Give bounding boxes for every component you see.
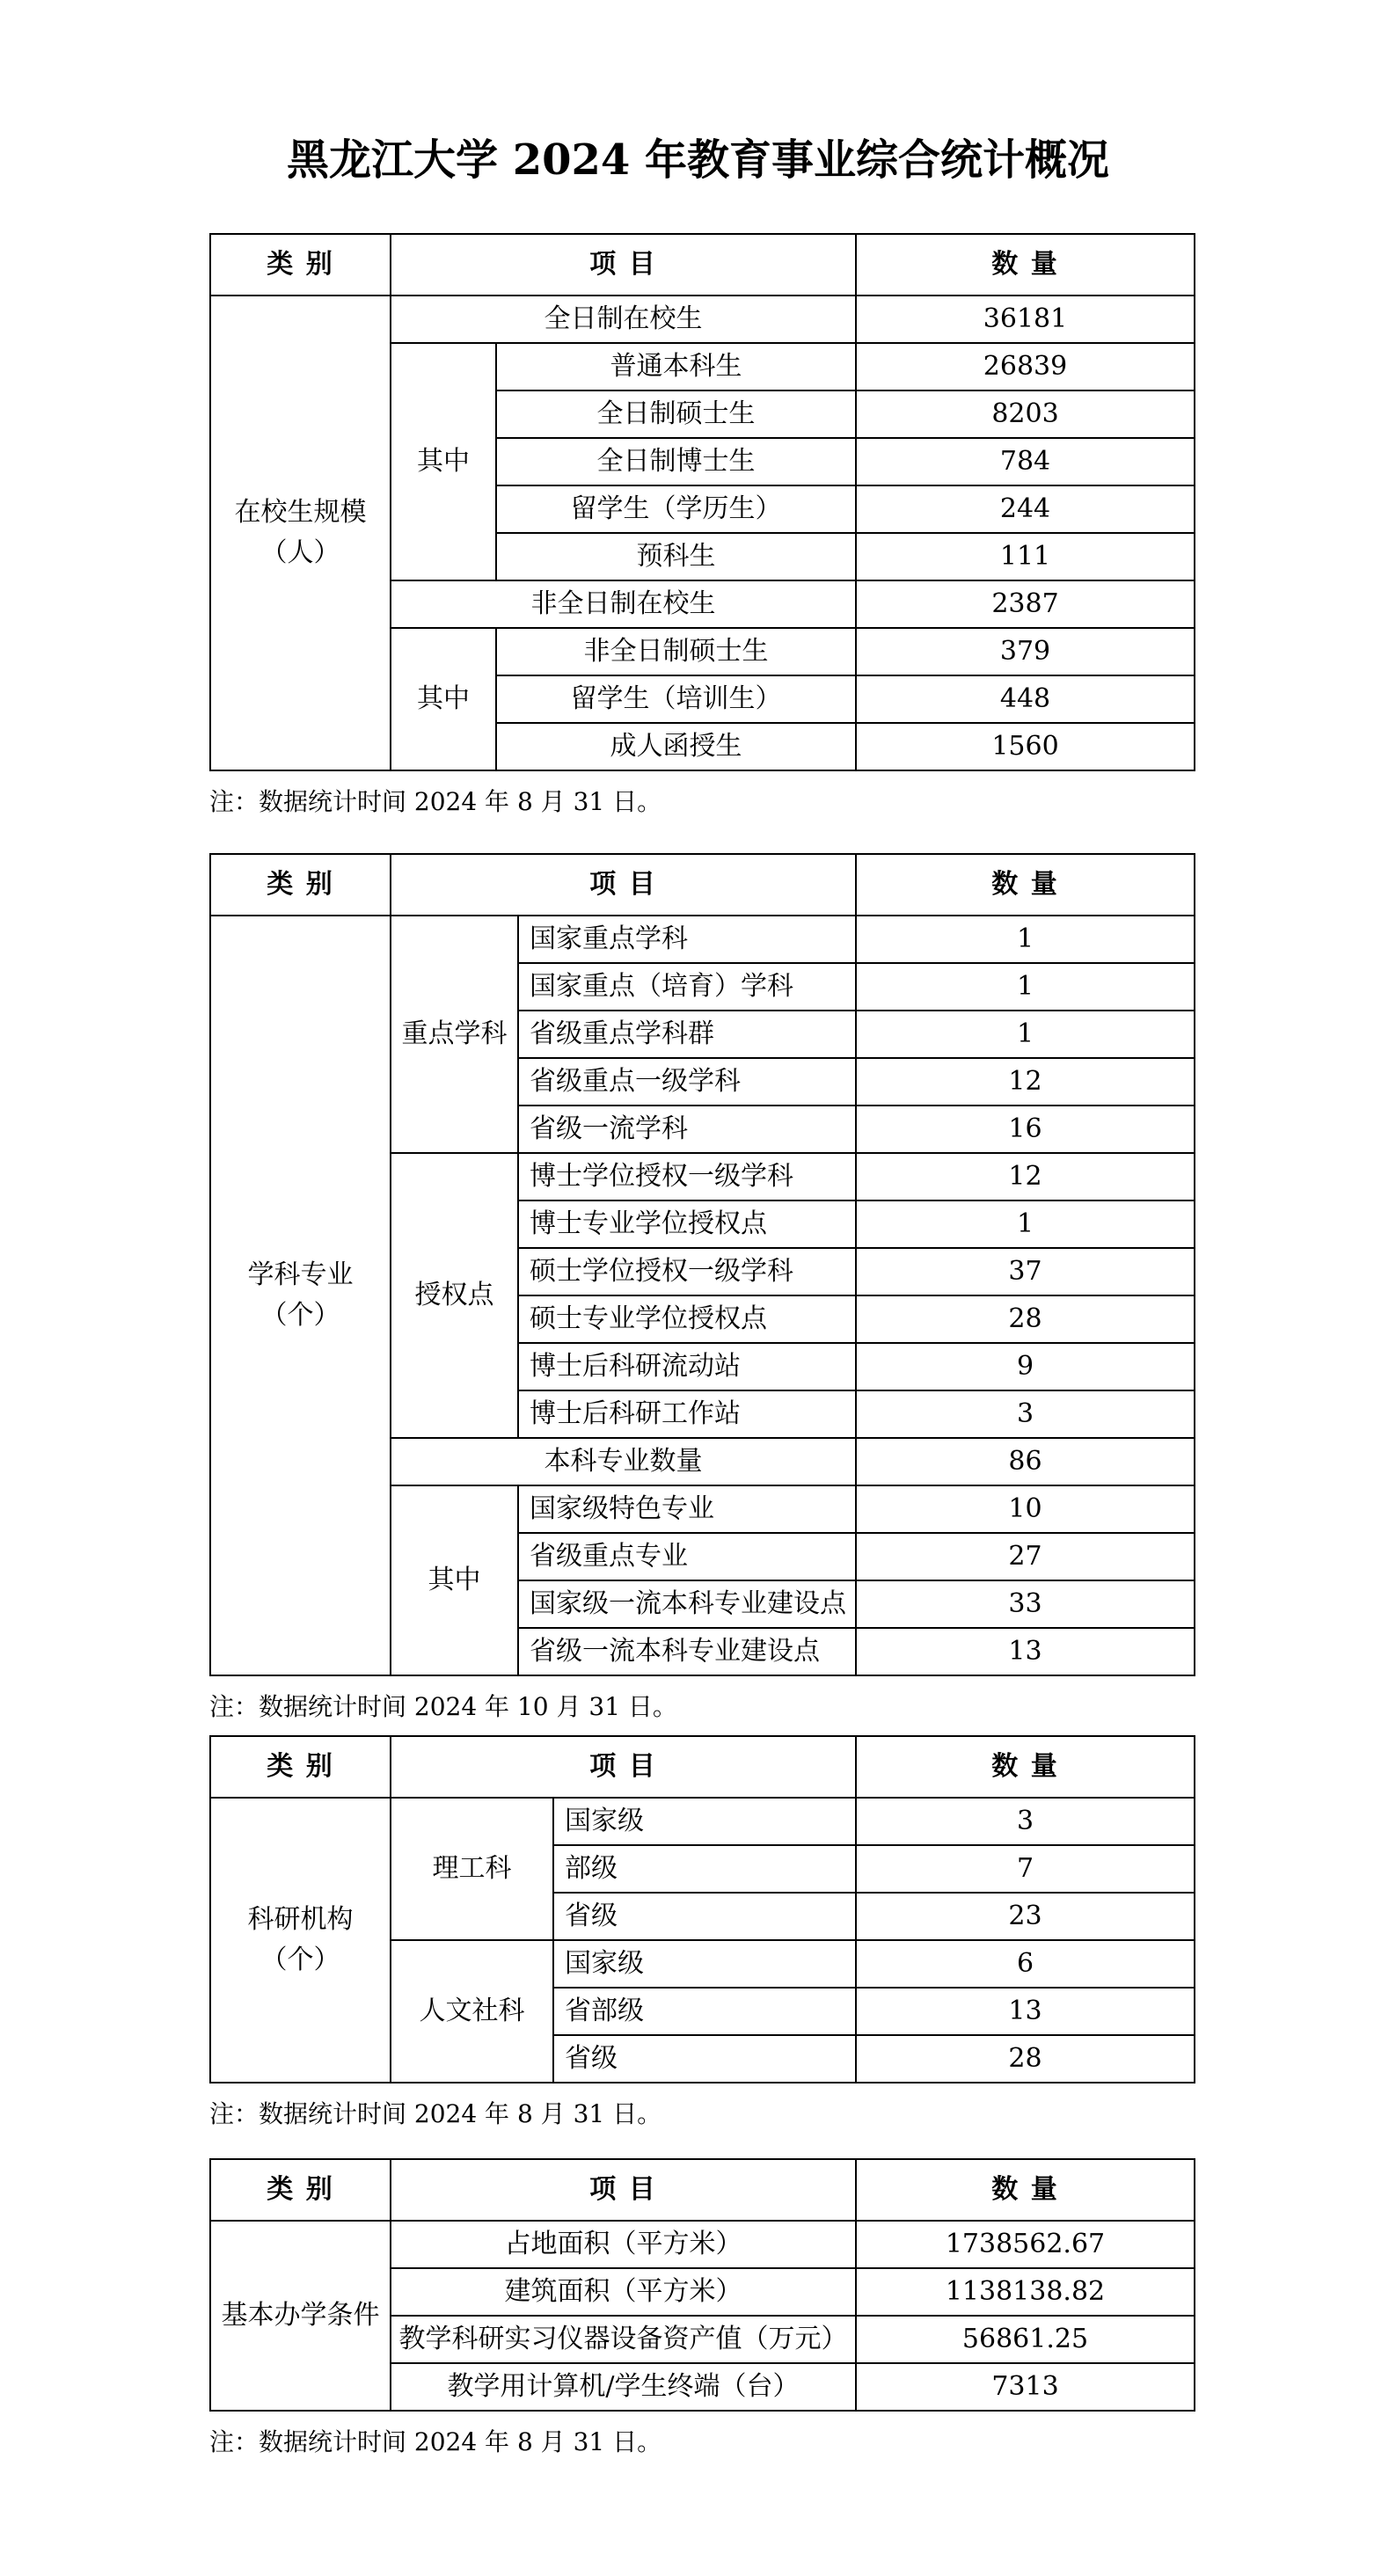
column-header: 数 量 <box>856 234 1195 296</box>
value-cell: 379 <box>856 628 1195 675</box>
item-cell: 硕士专业学位授权点 <box>518 1295 856 1343</box>
value-cell: 1 <box>856 963 1195 1011</box>
value-cell: 1738562.67 <box>856 2221 1195 2268</box>
category-cell: 学科专业 （个） <box>210 916 391 1675</box>
enrollment-section: 类 别项 目数 量在校生规模 （人）全日制在校生36181其中普通本科生2683… <box>209 233 1194 820</box>
value-cell: 1138138.82 <box>856 2268 1195 2316</box>
item-cell: 教学科研实习仪器设备资产值（万元） <box>391 2316 856 2363</box>
header-row: 类 别项 目数 量 <box>210 1736 1195 1798</box>
value-cell: 36181 <box>856 296 1195 343</box>
group-cell: 理工科 <box>391 1798 553 1940</box>
value-cell: 16 <box>856 1106 1195 1153</box>
column-header: 类 别 <box>210 2159 391 2221</box>
item-cell: 留学生（学历生） <box>496 485 856 533</box>
table-row: 基本办学条件占地面积（平方米）1738562.67 <box>210 2221 1195 2268</box>
value-cell: 27 <box>856 1533 1195 1580</box>
value-cell: 23 <box>856 1893 1195 1940</box>
column-header: 项 目 <box>391 234 856 296</box>
item-cell: 国家级特色专业 <box>518 1485 856 1533</box>
item-cell: 国家重点（培育）学科 <box>518 963 856 1011</box>
item-cell: 教学用计算机/学生终端（台） <box>391 2363 856 2411</box>
value-cell: 3 <box>856 1798 1195 1845</box>
header-row: 类 别项 目数 量 <box>210 854 1195 916</box>
item-cell: 省级 <box>553 2035 856 2083</box>
value-cell: 7313 <box>856 2363 1195 2411</box>
value-cell: 7 <box>856 1845 1195 1893</box>
item-cell: 省级重点一级学科 <box>518 1058 856 1106</box>
column-header: 类 别 <box>210 234 391 296</box>
item-cell: 国家重点学科 <box>518 916 856 963</box>
research-institutions-section: 类 别项 目数 量科研机构 （个）理工科国家级3部级7省级23人文社科国家级6省… <box>209 1735 1194 2132</box>
value-cell: 12 <box>856 1058 1195 1106</box>
enrollment-note: 注：数据统计时间 2024 年 8 月 31 日。 <box>209 784 1194 820</box>
item-cell: 全日制博士生 <box>496 438 856 485</box>
value-cell: 13 <box>856 1628 1195 1675</box>
value-cell: 33 <box>856 1580 1195 1628</box>
item-cell: 硕士学位授权一级学科 <box>518 1248 856 1295</box>
enrollment-table: 类 别项 目数 量在校生规模 （人）全日制在校生36181其中普通本科生2683… <box>209 233 1195 771</box>
value-cell: 6 <box>856 1940 1195 1988</box>
table-row: 学科专业 （个）重点学科国家重点学科1 <box>210 916 1195 963</box>
disciplines-section: 类 别项 目数 量学科专业 （个）重点学科国家重点学科1国家重点（培育）学科1省… <box>209 853 1194 1725</box>
disciplines-note: 注：数据统计时间 2024 年 10 月 31 日。 <box>209 1689 1194 1725</box>
item-cell: 博士后科研流动站 <box>518 1343 856 1390</box>
value-cell: 784 <box>856 438 1195 485</box>
research-institutions-table: 类 别项 目数 量科研机构 （个）理工科国家级3部级7省级23人文社科国家级6省… <box>209 1735 1195 2083</box>
item-cell: 省部级 <box>553 1988 856 2035</box>
item-cell: 博士专业学位授权点 <box>518 1200 856 1248</box>
category-cell: 在校生规模 （人） <box>210 296 391 770</box>
item-cell: 非全日制在校生 <box>391 580 856 628</box>
disciplines-table: 类 别项 目数 量学科专业 （个）重点学科国家重点学科1国家重点（培育）学科1省… <box>209 853 1195 1676</box>
table-row: 科研机构 （个）理工科国家级3 <box>210 1798 1195 1845</box>
item-cell: 博士学位授权一级学科 <box>518 1153 856 1200</box>
value-cell: 9 <box>856 1343 1195 1390</box>
value-cell: 111 <box>856 533 1195 580</box>
category-cell: 基本办学条件 <box>210 2221 391 2411</box>
item-cell: 省级 <box>553 1893 856 1940</box>
item-cell: 部级 <box>553 1845 856 1893</box>
page-title: 黑龙江大学 2024 年教育事业综合统计概况 <box>0 0 1396 186</box>
table-row: 在校生规模 （人）全日制在校生36181 <box>210 296 1195 343</box>
item-cell: 建筑面积（平方米） <box>391 2268 856 2316</box>
item-cell: 占地面积（平方米） <box>391 2221 856 2268</box>
item-cell: 留学生（培训生） <box>496 675 856 723</box>
group-cell: 重点学科 <box>391 916 518 1153</box>
item-cell: 非全日制硕士生 <box>496 628 856 675</box>
value-cell: 13 <box>856 1988 1195 2035</box>
item-cell: 国家级一流本科专业建设点 <box>518 1580 856 1628</box>
facilities-section: 类 别项 目数 量基本办学条件占地面积（平方米）1738562.67建筑面积（平… <box>209 2158 1194 2460</box>
value-cell: 28 <box>856 1295 1195 1343</box>
item-cell: 省级重点专业 <box>518 1533 856 1580</box>
value-cell: 26839 <box>856 343 1195 390</box>
column-header: 数 量 <box>856 2159 1195 2221</box>
group-cell: 其中 <box>391 343 496 580</box>
item-cell: 普通本科生 <box>496 343 856 390</box>
column-header: 项 目 <box>391 854 856 916</box>
value-cell: 8203 <box>856 390 1195 438</box>
item-cell: 国家级 <box>553 1940 856 1988</box>
column-header: 类 别 <box>210 1736 391 1798</box>
item-cell: 省级一流本科专业建设点 <box>518 1628 856 1675</box>
item-cell: 全日制硕士生 <box>496 390 856 438</box>
value-cell: 1560 <box>856 723 1195 770</box>
facilities-note: 注：数据统计时间 2024 年 8 月 31 日。 <box>209 2425 1194 2460</box>
header-row: 类 别项 目数 量 <box>210 2159 1195 2221</box>
value-cell: 12 <box>856 1153 1195 1200</box>
item-cell: 预科生 <box>496 533 856 580</box>
column-header: 项 目 <box>391 2159 856 2221</box>
column-header: 数 量 <box>856 1736 1195 1798</box>
item-cell: 博士后科研工作站 <box>518 1390 856 1438</box>
value-cell: 56861.25 <box>856 2316 1195 2363</box>
group-cell: 授权点 <box>391 1153 518 1438</box>
value-cell: 10 <box>856 1485 1195 1533</box>
document-page: 黑龙江大学 2024 年教育事业综合统计概况 类 别项 目数 量在校生规模 （人… <box>0 0 1396 2576</box>
value-cell: 1 <box>856 916 1195 963</box>
value-cell: 244 <box>856 485 1195 533</box>
group-cell: 其中 <box>391 1485 518 1675</box>
group-cell: 其中 <box>391 628 496 770</box>
value-cell: 37 <box>856 1248 1195 1295</box>
column-header: 项 目 <box>391 1736 856 1798</box>
column-header: 数 量 <box>856 854 1195 916</box>
value-cell: 86 <box>856 1438 1195 1485</box>
group-cell: 人文社科 <box>391 1940 553 2083</box>
value-cell: 1 <box>856 1011 1195 1058</box>
header-row: 类 别项 目数 量 <box>210 234 1195 296</box>
value-cell: 1 <box>856 1200 1195 1248</box>
column-header: 类 别 <box>210 854 391 916</box>
item-cell: 国家级 <box>553 1798 856 1845</box>
item-cell: 成人函授生 <box>496 723 856 770</box>
facilities-table: 类 别项 目数 量基本办学条件占地面积（平方米）1738562.67建筑面积（平… <box>209 2158 1195 2412</box>
value-cell: 3 <box>856 1390 1195 1438</box>
item-cell: 全日制在校生 <box>391 296 856 343</box>
value-cell: 2387 <box>856 580 1195 628</box>
value-cell: 448 <box>856 675 1195 723</box>
research-institutions-note: 注：数据统计时间 2024 年 8 月 31 日。 <box>209 2097 1194 2132</box>
item-cell: 省级重点学科群 <box>518 1011 856 1058</box>
category-cell: 科研机构 （个） <box>210 1798 391 2083</box>
item-cell: 省级一流学科 <box>518 1106 856 1153</box>
value-cell: 28 <box>856 2035 1195 2083</box>
item-cell: 本科专业数量 <box>391 1438 856 1485</box>
